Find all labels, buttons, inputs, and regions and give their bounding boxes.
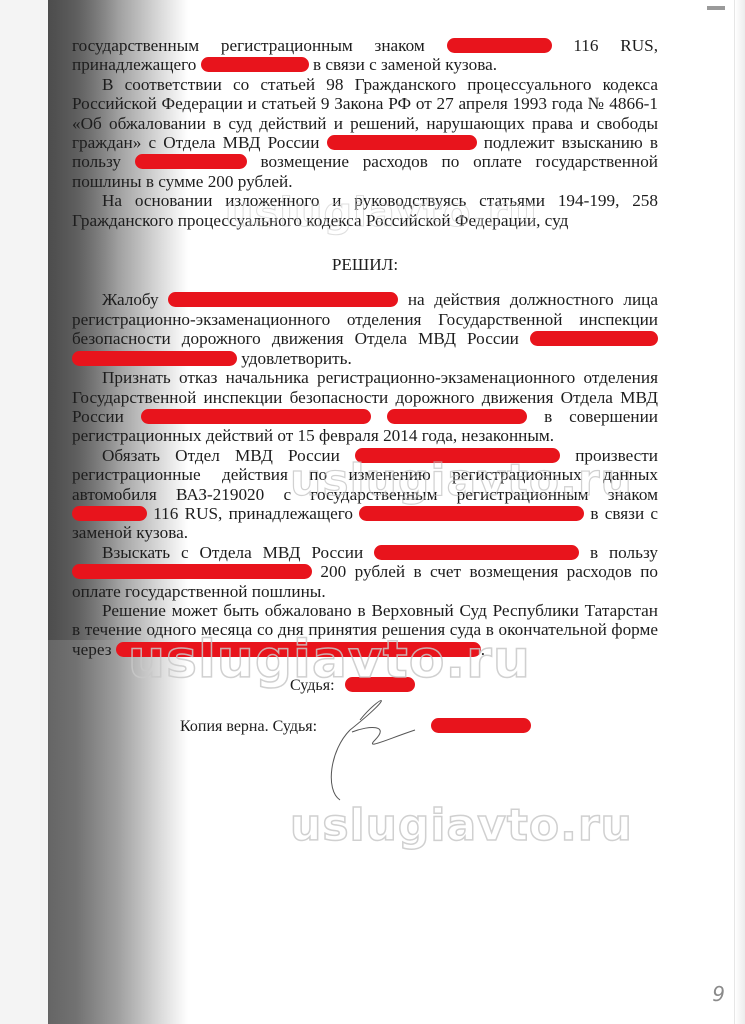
paragraph-oblige: Обязать Отдел МВД России произвести реги…	[72, 446, 658, 543]
paragraph-text: государственным регистрационным знаком	[72, 36, 447, 55]
paragraph-text: удовлетворить.	[237, 349, 352, 368]
redaction-mark	[141, 409, 371, 424]
paragraph-recognize: Признать отказ начальника регистрационно…	[72, 368, 658, 446]
paragraph-text: Взыскать с Отдела МВД России	[102, 543, 374, 562]
redaction-mark	[387, 409, 527, 424]
page-number: 9	[712, 982, 725, 1006]
paragraph-basis: На основании изложенного и руководствуяс…	[72, 191, 658, 230]
paragraph-costs: В соответствии со статьей 98 Гражданског…	[72, 75, 658, 191]
paragraph-intro-cont: государственным регистрационным знаком 1…	[72, 36, 658, 55]
scanner-margin-strip	[0, 0, 49, 1024]
paragraph-text	[371, 407, 388, 426]
redaction-mark	[447, 38, 552, 53]
redaction-mark	[116, 642, 481, 657]
paragraph-recover: Взыскать с Отдела МВД России в пользу 20…	[72, 543, 658, 601]
redaction-mark	[135, 154, 247, 169]
redaction-mark	[201, 57, 309, 72]
redaction-mark	[374, 545, 579, 560]
paragraph-text: .	[481, 640, 485, 659]
redaction-mark	[355, 448, 560, 463]
paragraph-text: Обязать Отдел МВД России	[102, 446, 355, 465]
redaction-mark	[359, 506, 584, 521]
redaction-mark	[530, 331, 658, 346]
redaction-mark	[168, 292, 398, 307]
decision-section: Жалобу на действия должностного лица рег…	[72, 290, 658, 659]
paragraph-appeal: Решение может быть обжаловано в Верховны…	[72, 601, 658, 659]
paragraph-text: Жалобу	[102, 290, 168, 309]
copy-certified-label: Копия верна. Судья:	[180, 718, 317, 735]
document-body: государственным регистрационным знаком 1…	[72, 36, 658, 659]
paragraph-text: принадлежащего	[72, 55, 201, 74]
preamble-section: государственным регистрационным знаком 1…	[72, 36, 658, 230]
paragraph-complaint: Жалобу на действия должностного лица рег…	[72, 290, 658, 368]
redaction-mark	[72, 351, 237, 366]
paragraph-text: 116 RUS,	[552, 36, 658, 55]
paragraph-text: в пользу	[579, 543, 658, 562]
redaction-mark	[72, 564, 312, 579]
paragraph-text: в связи с заменой кузова.	[309, 55, 497, 74]
paragraph-text: 116 RUS, принадлежащего	[147, 504, 359, 523]
page-right-edge	[734, 0, 745, 1024]
redacted-judge-name-copy	[431, 718, 531, 733]
paragraph-text: На основании изложенного и руководствуяс…	[72, 191, 658, 229]
decision-heading: РЕШИЛ:	[72, 255, 658, 274]
redaction-mark	[327, 135, 477, 150]
paragraph-intro-cont2: принадлежащего в связи с заменой кузова.	[72, 55, 658, 74]
handwritten-signature	[320, 690, 440, 810]
redaction-mark	[72, 506, 147, 521]
corner-mark	[707, 6, 725, 10]
